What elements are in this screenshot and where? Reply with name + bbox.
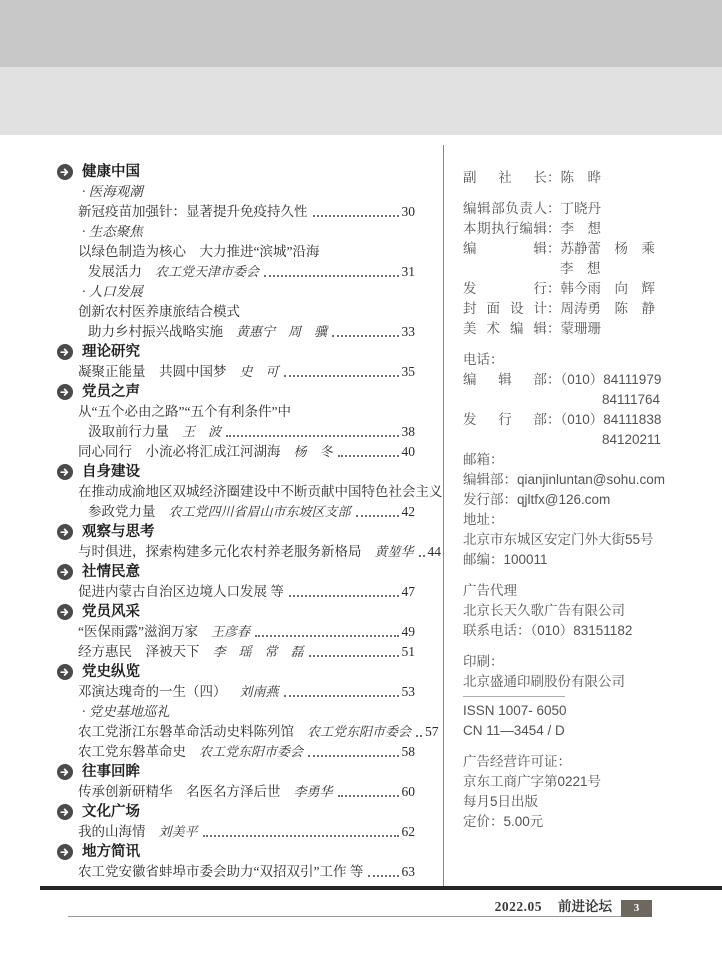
masthead-colon: ：	[547, 221, 561, 236]
toc-entry-label: 助力乡村振兴战略实施	[88, 322, 223, 342]
toc-section-row: 理论研究	[57, 342, 415, 362]
toc-entry-authors: 农工党东阳市委会	[307, 722, 411, 742]
toc-entry-label: · 医海观潮	[82, 182, 143, 202]
toc-entry-label: 发展活力	[88, 262, 142, 282]
masthead-value: （010）84111838	[561, 412, 662, 427]
dot-leader	[356, 515, 399, 517]
masthead-row: 封面设计：周涛勇 陈 静	[463, 299, 715, 319]
masthead-text: 地址：	[463, 512, 504, 527]
toc-entry-label: 农工党浙江东磐革命活动史料陈列馆	[78, 722, 294, 742]
toc: 健康中国· 医海观潮新冠疫苗加强针：显著提升免疫持久性30· 生态聚焦以绿色制造…	[57, 162, 415, 882]
masthead-row: 广告代理	[463, 581, 715, 601]
toc-entry-authors: 王 波	[182, 422, 221, 442]
toc-entry-row: 与时俱进，探索构建多元化农村养老服务新格局黄堃华44	[57, 542, 415, 562]
masthead-row: 编辑部：（010）84111979	[463, 370, 715, 390]
toc-entry-label: 党史纵览	[82, 662, 140, 682]
toc-entry-label: “医保雨露”滋润万家	[78, 622, 198, 642]
dot-leader	[419, 555, 425, 557]
toc-entry-label: 党员风采	[82, 602, 140, 622]
dot-leader	[313, 215, 399, 217]
toc-entry-row: 同心同行 小流必将汇成江河湖海杨 冬40	[57, 442, 415, 462]
toc-section-row: 健康中国	[57, 162, 415, 182]
toc-entry-authors: 刘南燕	[240, 682, 279, 702]
masthead-spacer	[463, 570, 715, 581]
masthead-colon: ：	[547, 321, 561, 336]
masthead-text: 广告经营许可证：	[463, 754, 571, 769]
masthead-label: 编辑	[463, 239, 547, 259]
dot-leader	[338, 455, 399, 457]
toc-section-row: 社情民意	[57, 562, 415, 582]
toc-entry-page-number: 63	[402, 862, 416, 882]
toc-entry-row: 农工党安徽省蚌埠市委会助力“双招双引”工作 等63	[57, 862, 415, 882]
masthead-colon: ：	[547, 170, 561, 185]
toc-section-row: 党员风采	[57, 602, 415, 622]
toc-entry-row: 创新农村医养康旅结合模式	[57, 302, 415, 322]
toc-entry-page-number: 31	[402, 262, 416, 282]
dot-leader	[264, 275, 398, 277]
masthead-label: 编辑部	[463, 370, 547, 390]
toc-entry-label: 新冠疫苗加强针：显著提升免疫持久性	[78, 202, 308, 222]
toc-entry-label: 农工党安徽省蚌埠市委会助力“双招双引”工作 等	[78, 862, 363, 882]
masthead-text: 84111764	[602, 392, 660, 407]
toc-entry-row: 新冠疫苗加强针：显著提升免疫持久性30	[57, 202, 415, 222]
masthead-row: 副社长：陈 晔	[463, 168, 715, 188]
toc-entry-row: 促进内蒙古自治区边境人口发展 等47	[57, 582, 415, 602]
magazine-toc-page: { "toc": { "entries": [ {"type":"section…	[0, 0, 722, 960]
masthead-row: ISSN 1007- 6050	[463, 701, 715, 721]
masthead-colon: ：	[547, 241, 561, 256]
toc-entry-page-number: 58	[402, 742, 416, 762]
toc-entry-label: 文化广场	[82, 802, 140, 822]
toc-entry-row: · 生态聚焦	[57, 222, 415, 242]
arrow-circle-icon	[57, 524, 73, 540]
footer-rule-thin	[68, 916, 652, 917]
toc-entry-label: 观察与思考	[82, 522, 155, 542]
arrow-circle-icon	[57, 464, 73, 480]
toc-section-row: 观察与思考	[57, 522, 415, 542]
masthead-row: 李 想	[463, 259, 715, 279]
masthead-value: 丁晓丹	[561, 201, 602, 216]
toc-entry-row: “医保雨露”滋润万家王彦春49	[57, 622, 415, 642]
masthead-row: 邮编：100011	[463, 550, 715, 570]
masthead-row: 电话：	[463, 350, 715, 370]
toc-entry-authors: 刘美平	[159, 822, 198, 842]
toc-entry-row: 凝聚正能量 共圆中国梦史 可35	[57, 362, 415, 382]
short-rule-line	[463, 696, 565, 697]
toc-entry-page-number: 40	[402, 442, 416, 462]
masthead-spacer	[463, 741, 715, 752]
masthead-value: 周涛勇 陈 静	[561, 301, 656, 316]
toc-section-row: 文化广场	[57, 802, 415, 822]
toc-entry-row: 汲取前行力量王 波38	[57, 422, 415, 442]
toc-entry-row: 从“五个必由之路”“五个有利条件”中	[57, 402, 415, 422]
masthead-text: 李 想	[560, 261, 601, 276]
arrow-circle-icon	[57, 664, 73, 680]
masthead-colon: ：	[547, 201, 561, 216]
masthead-text: 联系电话：（010）83151182	[463, 623, 632, 638]
toc-entry-authors: 李勇华	[294, 782, 333, 802]
dot-leader	[284, 695, 399, 697]
arrow-circle-icon	[57, 344, 73, 360]
toc-entry-row: · 医海观潮	[57, 182, 415, 202]
toc-entry-label: 汲取前行力量	[88, 422, 169, 442]
toc-entry-row: 邓演达瑰奇的一生（四）刘南燕53	[57, 682, 415, 702]
masthead-spacer	[463, 188, 715, 199]
masthead-row: 发行部：（010）84111838	[463, 410, 715, 430]
toc-entry-row: 传承创新研精华 名医名方泽后世李勇华60	[57, 782, 415, 802]
toc-entry-row: 在推动成渝地区双城经济圈建设中不断贡献中国特色社会主义	[57, 482, 415, 502]
masthead-text: 电话：	[463, 352, 504, 367]
masthead-colon: ：	[547, 301, 561, 316]
toc-entry-row: 助力乡村振兴战略实施黄惠宁 周 骥33	[57, 322, 415, 342]
dot-leader	[332, 335, 398, 337]
footer-magazine-title: 前进论坛	[558, 899, 612, 914]
masthead-text: ISSN 1007- 6050	[463, 703, 567, 718]
toc-section-row: 往事回眸	[57, 762, 415, 782]
toc-entry-label: 理论研究	[82, 342, 140, 362]
toc-section-row: 地方简讯	[57, 842, 415, 862]
toc-entry-row: 农工党东磐革命史农工党东阳市委会58	[57, 742, 415, 762]
toc-entry-label: 经方惠民 泽被天下	[78, 642, 200, 662]
toc-entry-label: 从“五个必由之路”“五个有利条件”中	[78, 402, 291, 422]
masthead-colon: ：	[547, 412, 561, 427]
toc-entry-page-number: 30	[402, 202, 416, 222]
toc-entry-label: · 人口发展	[82, 282, 143, 302]
toc-entry-row: · 人口发展	[57, 282, 415, 302]
toc-entry-row: 以绿色制造为核心 大力推进“滨城”沿海	[57, 242, 415, 262]
toc-entry-label: 我的山海情	[78, 822, 146, 842]
toc-entry-page-number: 44	[428, 542, 442, 562]
masthead-value: 韩今雨 向 辉	[561, 281, 656, 296]
toc-entry-row: 参政党力量农工党四川省眉山市东坡区支部42	[57, 502, 415, 522]
toc-entry-label: 传承创新研精华 名医名方泽后世	[78, 782, 281, 802]
masthead-row: 本期执行编辑：李 想	[463, 219, 715, 239]
toc-entry-page-number: 57	[425, 722, 439, 742]
masthead-row: 84111764	[463, 390, 715, 410]
masthead-row: 编辑部负责人：丁晓丹	[463, 199, 715, 219]
toc-entry-label: 在推动成渝地区双城经济圈建设中不断贡献中国特色社会主义	[78, 482, 443, 502]
masthead-value: 陈 晔	[561, 170, 602, 185]
masthead-label: 编辑部负责人	[463, 199, 547, 219]
masthead-text: 北京长天久歌广告有限公司	[463, 603, 625, 618]
dot-leader	[203, 835, 399, 837]
masthead-text: 北京盛通印刷股份有限公司	[463, 674, 625, 689]
dot-leader	[284, 375, 399, 377]
arrow-circle-icon	[57, 164, 73, 180]
masthead-text: 邮箱：	[463, 452, 504, 467]
masthead: 副社长：陈 晔编辑部负责人：丁晓丹本期执行编辑：李 想编辑：苏静蕾 杨 乘李 想…	[463, 168, 715, 832]
toc-entry-label: 以绿色制造为核心 大力推进“滨城”沿海	[78, 242, 319, 262]
toc-entry-authors: 黄堃华	[375, 542, 414, 562]
toc-entry-page-number: 33	[402, 322, 416, 342]
toc-entry-label: 同心同行 小流必将汇成江河湖海	[78, 442, 281, 462]
masthead-text: 定价：5.00元	[463, 814, 543, 829]
masthead-label: 副社长	[463, 168, 547, 188]
toc-entry-row: 发展活力农工党天津市委会31	[57, 262, 415, 282]
masthead-row: 邮箱：	[463, 450, 715, 470]
toc-entry-label: 邓演达瑰奇的一生（四）	[78, 682, 227, 702]
masthead-row: 联系电话：（010）83151182	[463, 621, 715, 641]
masthead-label: 封面设计	[463, 299, 547, 319]
toc-entry-page-number: 42	[402, 502, 416, 522]
masthead-text: 发行部：qjltfx@126.com	[463, 492, 610, 507]
masthead-text: 京东工商广字第0221号	[463, 774, 601, 789]
toc-entry-label: 参政党力量	[88, 502, 156, 522]
footer-issue: 2022.05	[495, 899, 542, 914]
masthead-text: 邮编：100011	[463, 552, 548, 567]
toc-entry-row: 农工党浙江东磐革命活动史料陈列馆农工党东阳市委会57	[57, 722, 415, 742]
arrow-circle-icon	[57, 764, 73, 780]
masthead-colon: ：	[547, 372, 561, 387]
toc-entry-page-number: 47	[402, 582, 416, 602]
toc-entry-page-number: 53	[402, 682, 416, 702]
masthead-row: 广告经营许可证：	[463, 752, 715, 772]
toc-section-row: 党史纵览	[57, 662, 415, 682]
masthead-row: 北京市东城区安定门外大街55号	[463, 530, 715, 550]
masthead-text: 印刷：	[463, 654, 504, 669]
dot-leader	[255, 635, 399, 637]
masthead-value: 蒙珊珊	[561, 321, 602, 336]
toc-entry-page-number: 62	[402, 822, 416, 842]
toc-entry-label: 社情民意	[82, 562, 140, 582]
masthead-text: 每月5日出版	[463, 794, 538, 809]
masthead-row: 每月5日出版	[463, 792, 715, 812]
toc-entry-label: · 生态聚焦	[82, 222, 143, 242]
column-divider	[443, 145, 444, 886]
footer-meta: 2022.05前进论坛	[495, 898, 612, 916]
masthead-row: 美术编辑：蒙珊珊	[463, 319, 715, 339]
masthead-value: 苏静蕾 杨 乘	[561, 241, 656, 256]
arrow-circle-icon	[57, 844, 73, 860]
masthead-text: 北京市东城区安定门外大街55号	[463, 532, 654, 547]
masthead-spacer	[463, 641, 715, 652]
toc-entry-label: 促进内蒙古自治区边境人口发展 等	[78, 582, 284, 602]
masthead-value: （010）84111979	[561, 372, 662, 387]
masthead-label: 美术编辑	[463, 319, 547, 339]
toc-entry-label: · 党史基地巡礼	[82, 702, 170, 722]
toc-entry-label: 自身建设	[82, 462, 140, 482]
toc-entry-authors: 农工党天津市委会	[155, 262, 259, 282]
arrow-circle-icon	[57, 564, 73, 580]
toc-entry-page-number: 51	[402, 642, 416, 662]
toc-entry-label: 凝聚正能量 共圆中国梦	[78, 362, 227, 382]
footer-rule-thick	[40, 886, 722, 890]
masthead-text: 广告代理	[463, 583, 517, 598]
dot-leader	[226, 435, 398, 437]
masthead-colon: ：	[547, 281, 561, 296]
toc-section-row: 党员之声	[57, 382, 415, 402]
toc-entry-label: 党员之声	[82, 382, 140, 402]
dot-leader	[308, 755, 398, 757]
toc-entry-authors: 农工党东阳市委会	[199, 742, 303, 762]
toc-entry-page-number: 35	[402, 362, 416, 382]
masthead-row: 印刷：	[463, 652, 715, 672]
toc-entry-page-number: 38	[402, 422, 416, 442]
masthead-text: CN 11—3454 / D	[463, 723, 565, 738]
toc-entry-page-number: 60	[402, 782, 416, 802]
masthead-row: 编辑：苏静蕾 杨 乘	[463, 239, 715, 259]
dot-leader	[338, 795, 399, 797]
masthead-text: 编辑部：qianjinluntan@sohu.com	[463, 472, 665, 487]
masthead-row: 发行：韩今雨 向 辉	[463, 279, 715, 299]
toc-entry-label: 健康中国	[82, 162, 140, 182]
toc-entry-label: 往事回眸	[82, 762, 140, 782]
toc-entry-label: 创新农村医养康旅结合模式	[78, 302, 240, 322]
masthead-row: 地址：	[463, 510, 715, 530]
toc-entry-row: · 党史基地巡礼	[57, 702, 415, 722]
masthead-row: 84120211	[463, 430, 715, 450]
masthead-label: 发行部	[463, 410, 547, 430]
arrow-circle-icon	[57, 604, 73, 620]
masthead-row: 发行部：qjltfx@126.com	[463, 490, 715, 510]
page-number-badge: 3	[621, 900, 652, 917]
arrow-circle-icon	[57, 804, 73, 820]
toc-entry-authors: 杨 冬	[294, 442, 333, 462]
masthead-row: 北京长天久歌广告有限公司	[463, 601, 715, 621]
dot-leader	[416, 735, 422, 737]
masthead-row: 北京盛通印刷股份有限公司	[463, 672, 715, 692]
toc-entry-authors: 农工党四川省眉山市东坡区支部	[169, 502, 351, 522]
toc-entry-authors: 黄惠宁 周 骥	[236, 322, 327, 342]
masthead-row: 京东工商广字第0221号	[463, 772, 715, 792]
dot-leader	[368, 875, 398, 877]
masthead-row: CN 11—3454 / D	[463, 721, 715, 741]
dot-leader	[289, 595, 399, 597]
masthead-value: 李 想	[561, 221, 602, 236]
dot-leader	[309, 655, 399, 657]
masthead-label: 本期执行编辑	[463, 219, 547, 239]
masthead-short-rule	[463, 692, 715, 701]
toc-entry-label: 地方简讯	[82, 842, 140, 862]
toc-entry-label: 农工党东磐革命史	[78, 742, 186, 762]
masthead-text: 84120211	[602, 432, 661, 447]
masthead-row: 编辑部：qianjinluntan@sohu.com	[463, 470, 715, 490]
toc-entry-authors: 王彦春	[211, 622, 250, 642]
top-band-light	[0, 67, 722, 135]
toc-entry-authors: 李 瑶 常 磊	[213, 642, 304, 662]
toc-entry-label: 与时俱进，探索构建多元化农村养老服务新格局	[78, 542, 362, 562]
arrow-circle-icon	[57, 384, 73, 400]
top-band-dark	[0, 0, 722, 67]
toc-entry-row: 经方惠民 泽被天下李 瑶 常 磊51	[57, 642, 415, 662]
masthead-row: 定价：5.00元	[463, 812, 715, 832]
masthead-spacer	[463, 339, 715, 350]
toc-entry-row: 我的山海情刘美平62	[57, 822, 415, 842]
masthead-label: 发行	[463, 279, 547, 299]
toc-entry-page-number: 49	[402, 622, 416, 642]
toc-entry-authors: 史 可	[240, 362, 279, 382]
toc-section-row: 自身建设	[57, 462, 415, 482]
